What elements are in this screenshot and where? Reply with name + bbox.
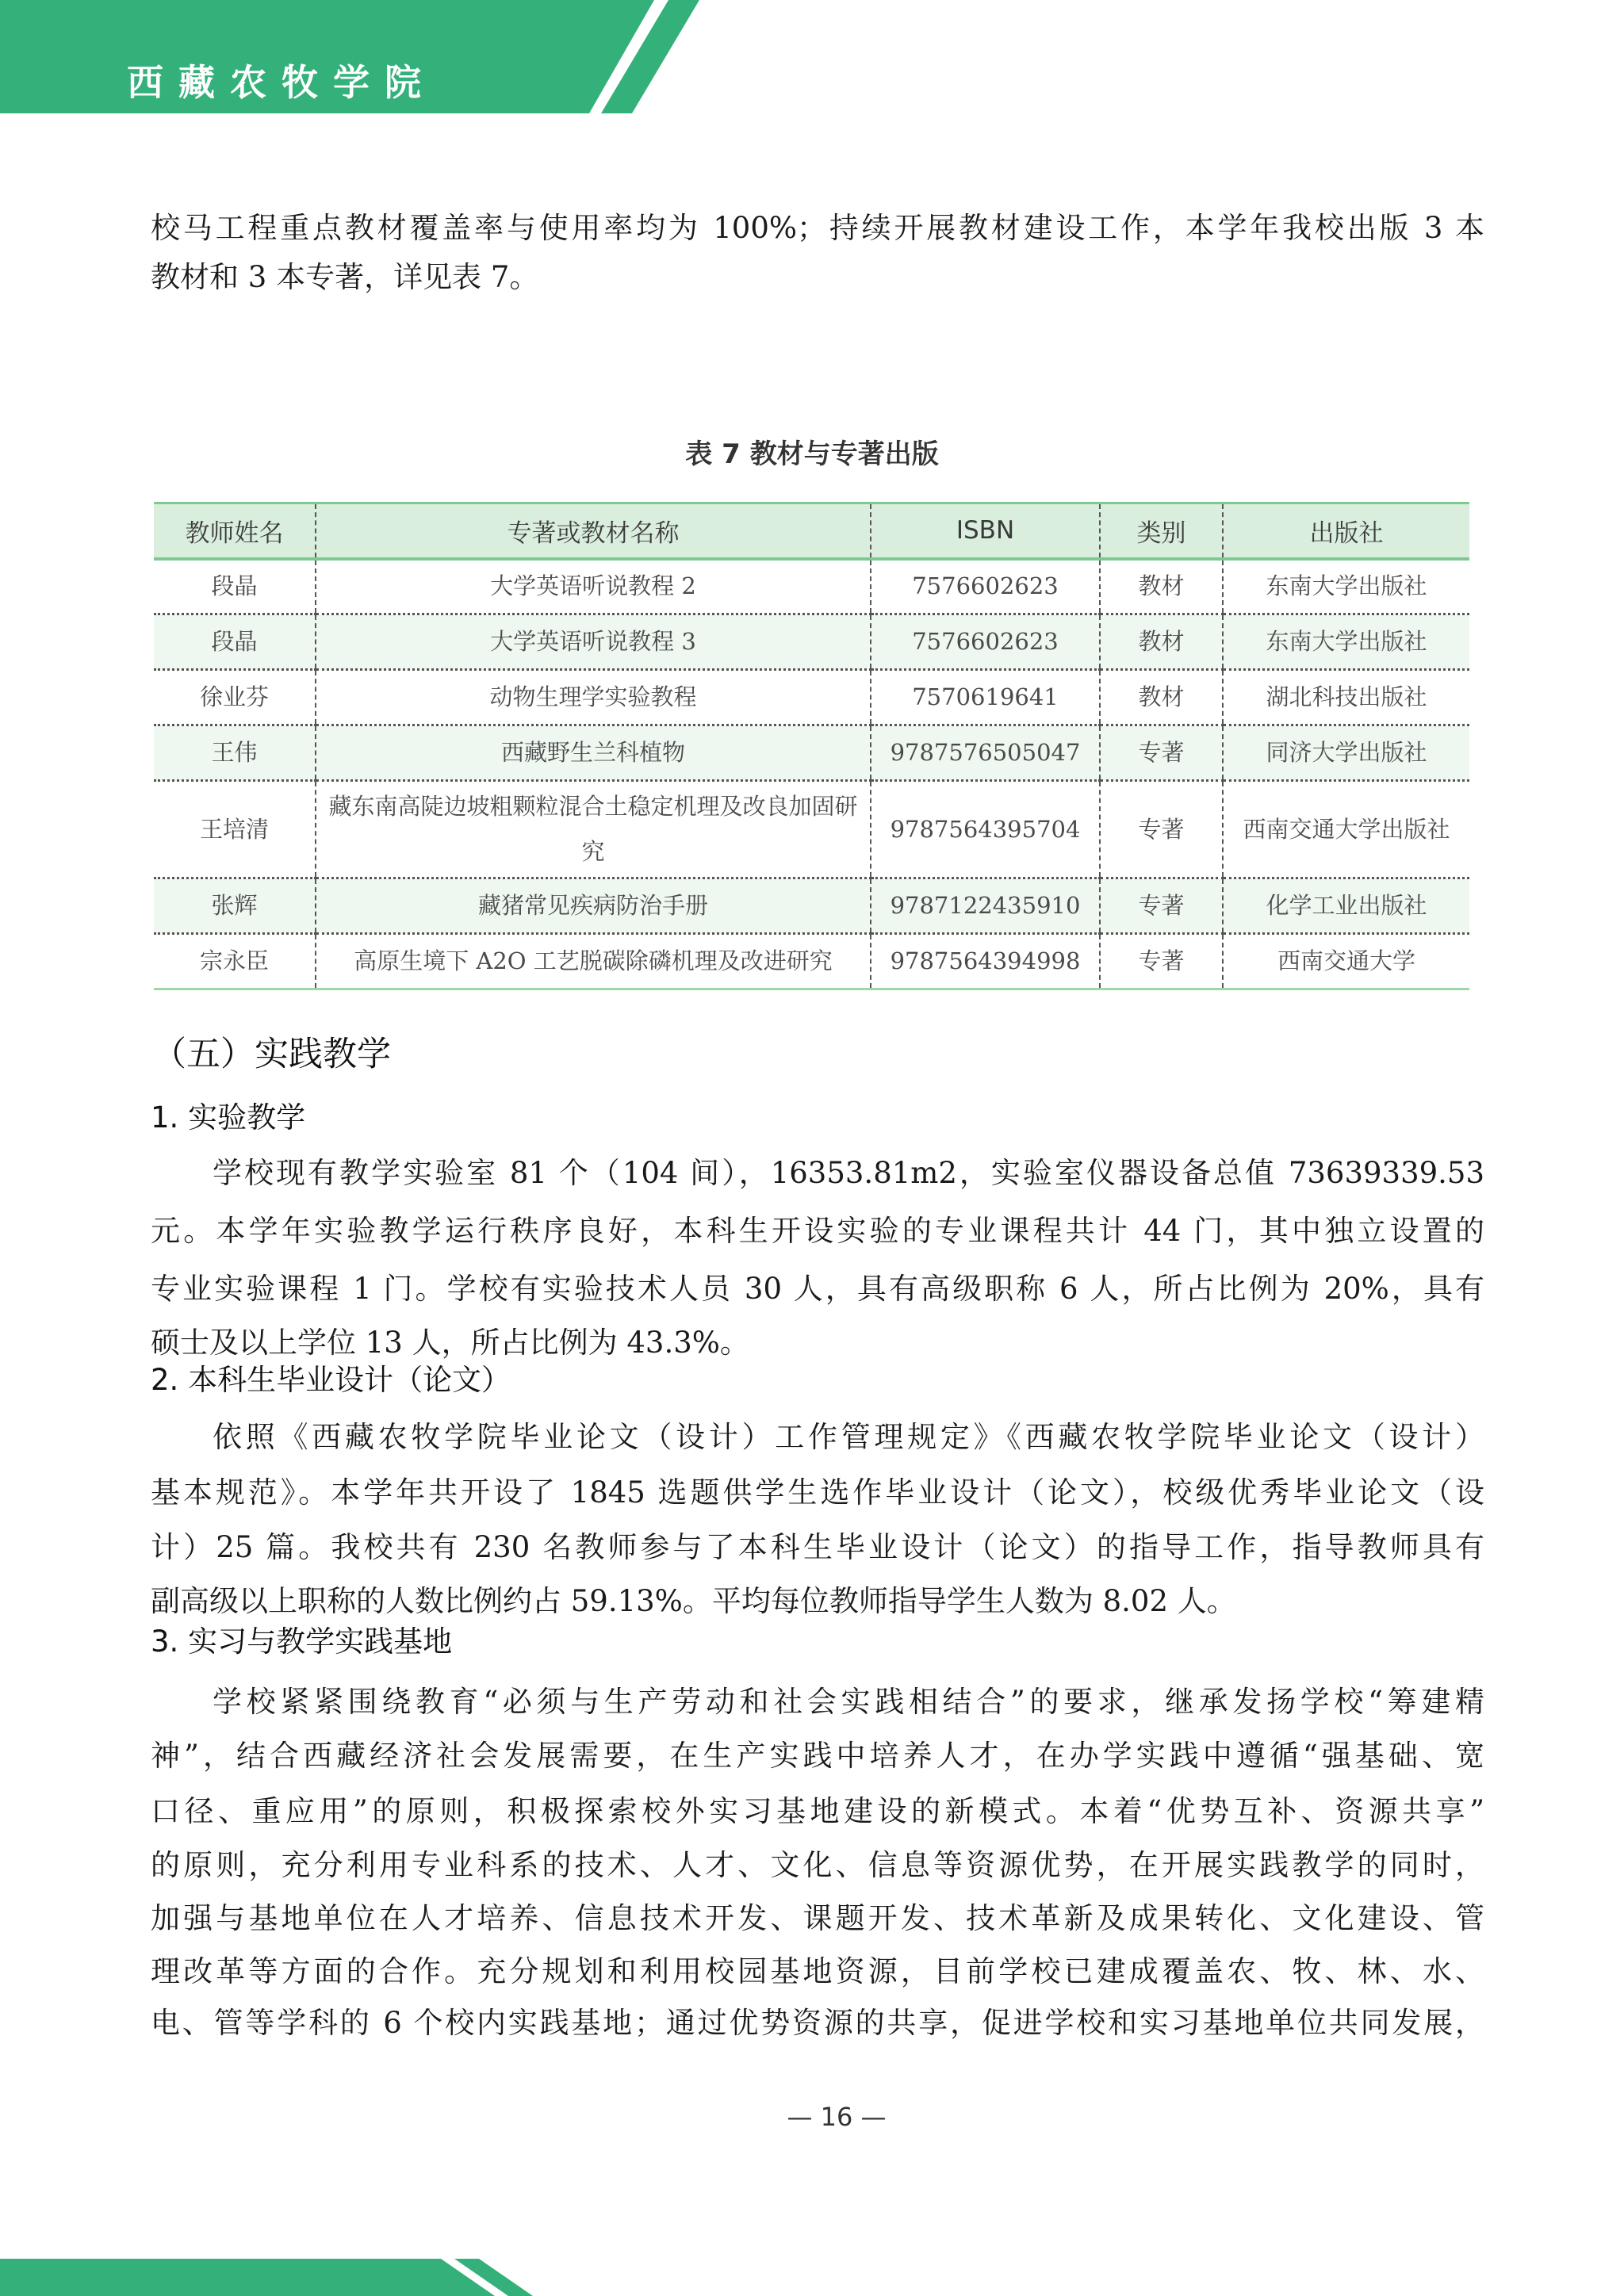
para-1-line-1: 学校现有教学实验室 81 个（104 间），16353.81m2，实验室仪器设备…	[213, 1150, 1484, 1197]
col-header-teacher: 教师姓名	[154, 503, 316, 559]
cell-teacher: 张辉	[154, 878, 316, 934]
para-2-line-4: 副高级以上职称的人数比例约占 59.13%。平均每位教师指导学生人数为 8.02…	[151, 1578, 1484, 1625]
school-name: 西藏农牧学院	[127, 59, 436, 106]
cell-publisher: 同济大学出版社	[1223, 725, 1469, 781]
col-header-type: 类别	[1100, 503, 1223, 559]
subsection-heading-2: 2. 本科生毕业设计（论文）	[151, 1360, 511, 1400]
cell-publisher: 化学工业出版社	[1223, 878, 1469, 934]
cell-publisher: 湖北科技出版社	[1223, 670, 1469, 725]
para-3-line-3: 口径、重应用”的原则，积极探索校外实习基地建设的新模式。本着“优势互补、资源共享…	[151, 1788, 1484, 1835]
table-row: 张辉 藏猪常见疾病防治手册 9787122435910 专著 化学工业出版社	[154, 878, 1469, 934]
table-row: 段晶 大学英语听说教程 2 7576602623 教材 东南大学出版社	[154, 559, 1469, 614]
cell-publisher: 东南大学出版社	[1223, 559, 1469, 614]
cell-title: 西藏野生兰科植物	[316, 725, 871, 781]
para-3-line-6: 理改革等方面的合作。充分规划和利用校园基地资源，目前学校已建成覆盖农、牧、林、水…	[151, 1948, 1484, 1996]
cell-isbn: 9787564394998	[871, 934, 1100, 989]
para-1-line-4: 硕士及以上学位 13 人，所占比例为 43.3%。	[151, 1319, 1484, 1367]
table-row: 王伟 西藏野生兰科植物 9787576505047 专著 同济大学出版社	[154, 725, 1469, 781]
table-row: 宗永臣 高原生境下 A2O 工艺脱碳除磷机理及改进研究 978756439499…	[154, 934, 1469, 989]
table-caption-title: 教材与专著出版	[750, 438, 939, 470]
cell-teacher: 徐业芬	[154, 670, 316, 725]
para-1-line-3: 专业实验课程 1 门。学校有实验技术人员 30 人，具有高级职称 6 人，所占比…	[151, 1265, 1484, 1313]
para-2-line-2: 基本规范》。本学年共开设了 1845 选题供学生选作毕业设计（论文），校级优秀毕…	[151, 1469, 1484, 1517]
cell-type: 教材	[1100, 670, 1223, 725]
cell-teacher: 段晶	[154, 559, 316, 614]
para-1-line-2: 元。本学年实验教学运行秩序良好，本科生开设实验的专业课程共计 44 门，其中独立…	[151, 1207, 1484, 1255]
cell-isbn: 9787122435910	[871, 878, 1100, 934]
cell-type: 教材	[1100, 559, 1223, 614]
para-3-line-7: 电、管等学科的 6 个校内实践基地；通过优势资源的共享，促进学校和实习基地单位共…	[151, 1999, 1484, 2047]
subsection-heading-1: 1. 实验教学	[151, 1098, 305, 1138]
page-number: — 16 —	[0, 2099, 1624, 2134]
table-row: 王培清 藏东南高陡边坡粗颗粒混合土稳定机理及改良加固研究 97875643957…	[154, 781, 1469, 878]
table-caption: 表 7教材与专著出版	[0, 434, 1624, 474]
para-2-line-3: 计）25 篇。我校共有 230 名教师参与了本科生毕业设计（论文）的指导工作，指…	[151, 1524, 1484, 1571]
cell-title: 大学英语听说教程 3	[316, 614, 871, 670]
col-header-publisher: 出版社	[1223, 503, 1469, 559]
cell-isbn: 7576602623	[871, 559, 1100, 614]
publications-table: 教师姓名 专著或教材名称 ISBN 类别 出版社 段晶 大学英语听说教程 2 7…	[154, 502, 1469, 990]
subsection-heading-3: 3. 实习与教学实践基地	[151, 1622, 452, 1662]
col-header-title: 专著或教材名称	[316, 503, 871, 559]
cell-isbn: 7576602623	[871, 614, 1100, 670]
cell-type: 教材	[1100, 614, 1223, 670]
section-heading: （五）实践教学	[152, 1031, 391, 1078]
cell-title: 藏猪常见疾病防治手册	[316, 878, 871, 934]
cell-type: 专著	[1100, 934, 1223, 989]
cell-type: 专著	[1100, 725, 1223, 781]
cell-publisher: 西南交通大学出版社	[1223, 781, 1469, 878]
para-3-line-2: 神”，结合西藏经济社会发展需要，在生产实践中培养人才，在办学实践中遵循“强基础、…	[151, 1732, 1484, 1780]
cell-publisher: 东南大学出版社	[1223, 614, 1469, 670]
para-3-line-4: 的原则，充分利用专业科系的技术、人才、文化、信息等资源优势，在开展实践教学的同时…	[151, 1842, 1484, 1889]
cell-title: 藏东南高陡边坡粗颗粒混合土稳定机理及改良加固研究	[316, 781, 871, 878]
cell-title: 动物生理学实验教程	[316, 670, 871, 725]
cell-publisher: 西南交通大学	[1223, 934, 1469, 989]
para-2-line-1: 依照《西藏农牧学院毕业论文（设计）工作管理规定》《西藏农牧学院毕业论文（设计）	[213, 1414, 1484, 1461]
col-header-isbn: ISBN	[871, 503, 1100, 559]
cell-isbn: 9787576505047	[871, 725, 1100, 781]
cell-teacher: 段晶	[154, 614, 316, 670]
cell-type: 专著	[1100, 878, 1223, 934]
cell-type: 专著	[1100, 781, 1223, 878]
table-row: 段晶 大学英语听说教程 3 7576602623 教材 东南大学出版社	[154, 614, 1469, 670]
cell-isbn: 9787564395704	[871, 781, 1100, 878]
para-3-line-1: 学校紧紧围绕教育“必须与生产劳动和社会实践相结合”的要求，继承发扬学校“筹建精	[213, 1678, 1484, 1726]
cell-teacher: 王伟	[154, 725, 316, 781]
cell-teacher: 宗永臣	[154, 934, 316, 989]
cell-teacher: 王培清	[154, 781, 316, 878]
table-row: 徐业芬 动物生理学实验教程 7570619641 教材 湖北科技出版社	[154, 670, 1469, 725]
table-header-row: 教师姓名 专著或教材名称 ISBN 类别 出版社	[154, 503, 1469, 559]
cell-title: 高原生境下 A2O 工艺脱碳除磷机理及改进研究	[316, 934, 871, 989]
intro-line-1: 校马工程重点教材覆盖率与使用率均为 100%；持续开展教材建设工作，本学年我校出…	[151, 205, 1484, 252]
cell-title: 大学英语听说教程 2	[316, 559, 871, 614]
cell-isbn: 7570619641	[871, 670, 1100, 725]
table-caption-label: 表 7	[685, 438, 741, 470]
para-3-line-5: 加强与基地单位在人才培养、信息技术开发、课题开发、技术革新及成果转化、文化建设、…	[151, 1895, 1484, 1942]
intro-line-2: 教材和 3 本专著，详见表 7。	[151, 254, 1484, 301]
